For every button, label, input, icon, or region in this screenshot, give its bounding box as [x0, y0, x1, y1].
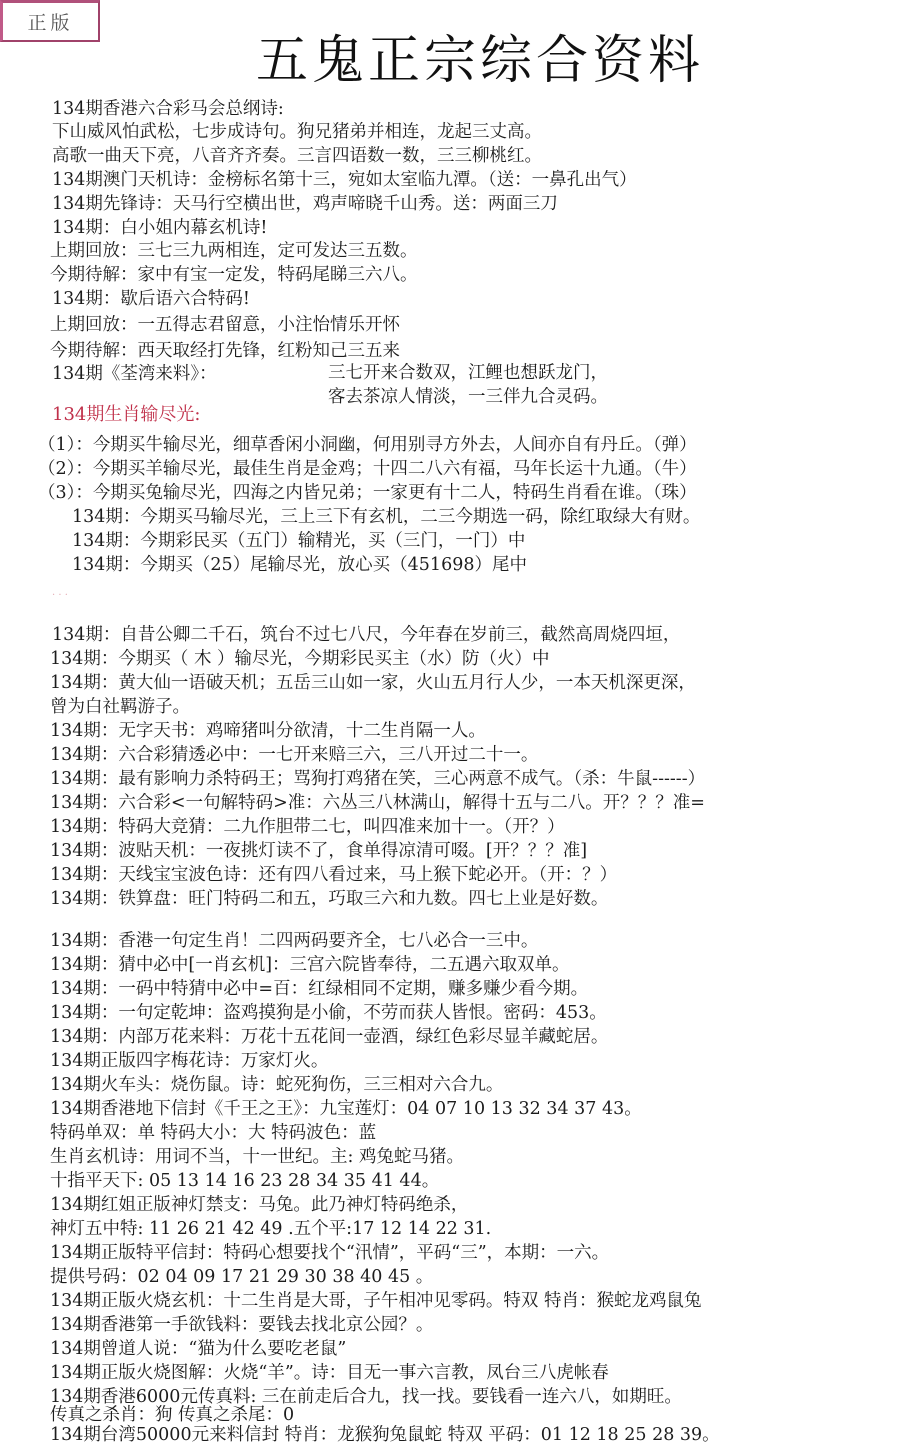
text-line: 134期：自昔公卿二千石，筑台不过七八尺，今年春在岁前三，截然高周烧四垣，: [52, 624, 680, 646]
text-line: 134期：香港一句定生肖！二四两码要齐全，七八必合一三中。: [50, 930, 538, 952]
text-line: 134期：今期买（25）尾输尽光，放心买（451698）尾中: [72, 554, 527, 576]
text-line: 134期正版特平信封：特码心想要找个“汛情”，平码“三”，本期：一六。: [50, 1242, 609, 1264]
text-line: 下山威风怕武松，七步成诗句。狗兄猪弟并相连，龙起三丈高。: [52, 121, 542, 143]
text-line: 134期：今期彩民买（五门）输精光，买（三门，一门）中: [72, 530, 525, 552]
text-line: 134期：白小姐内幕玄机诗!: [52, 217, 267, 239]
text-line: 134期香港地下信封《千王之王》：九宝莲灯：04 07 10 13 32 34 …: [50, 1098, 642, 1120]
text-line: （2）：今期买羊输尽光，最佳生肖是金鸡；十四二八六有福，马年长运十九通。（牛）: [38, 458, 697, 480]
text-line: 高歌一曲天下亮，八音齐齐奏。三言四语数一数，三三柳桃红。: [52, 145, 542, 167]
text-line: 134期：特码大竞猜：二九作胆带二七，叫四准来加十一。（开？）: [50, 816, 565, 838]
text-line: 今期待解：家中有宝一定发，特码尾睇三六八。: [50, 264, 418, 286]
text-line: 134期：无字天书：鸡啼猪叫分欲清，十二生肖隔一人。: [50, 720, 486, 742]
text-line: 生肖玄机诗：用词不当，十一世纪。主: 鸡兔蛇马猪。: [50, 1146, 464, 1168]
text-line: 134期火车头：烧伤鼠。诗：蛇死狗伤，三三相对六合九。: [50, 1074, 503, 1096]
faded-mark: · · ·: [52, 590, 68, 601]
text-line: 134期：铁算盘：旺门特码二和五，巧取三六和九数。四七上业是好数。: [50, 888, 608, 910]
text-line: 134期：六合彩<一句解特码>准：六丛三八林满山，解得十五与二八。开？？？准=: [50, 792, 705, 814]
text-line: 134期：六合彩猜透必中：一七开来赔三六，三八开过二十一。: [50, 744, 538, 766]
text-line: 传真之杀肖：狗 传真之杀尾：0: [50, 1404, 294, 1426]
text-line: 134期：波贴天机：一夜挑灯读不了，食单得凉清可啜。[开？？？准]: [50, 840, 587, 862]
text-line: 134期正版四字梅花诗：万家灯火。: [50, 1050, 328, 1072]
text-line: 134期红姐正版神灯禁支：马兔。此乃神灯特码绝杀，: [50, 1194, 468, 1216]
text-line: 134期：最有影响力杀特码王；骂狗打鸡猪在笑，三心两意不成气。（杀：牛鼠----…: [50, 768, 705, 790]
text-line: 提供号码：02 04 09 17 21 29 30 38 40 45 。: [50, 1266, 433, 1288]
text-line: 134期：内部万花来料：万花十五花间一壶酒，绿红色彩尽显羊藏蛇居。: [50, 1026, 608, 1048]
text-line: 134期香港第一手欲钱料：要钱去找北京公园？。: [50, 1314, 433, 1336]
text-line: 134期：天线宝宝波色诗：还有四八看过来，马上猴下蛇必开。（开：？）: [50, 864, 617, 886]
text-line: 上期回放：三七三九两相连，定可发达三五数。: [50, 240, 418, 262]
quanwan-line: 三七开来合数双，江鲤也想跃龙门，: [328, 362, 608, 384]
quanwan-label: 134期《荃湾来料》：: [52, 363, 217, 385]
text-line: 134期台湾50000元来料信封 特肖：龙猴狗兔鼠蛇 特双 平码：01 12 1…: [50, 1424, 720, 1445]
text-line: 134期：猜中必中[一肖玄机]：三宫六院皆奉待，二五遇六取双单。: [50, 954, 570, 976]
text-line: 神灯五中特: 11 26 21 42 49 .五个平:17 12 14 22 3…: [50, 1218, 491, 1240]
text-line: 今期待解：西天取经打先锋，红粉知己三五来: [50, 340, 400, 362]
text-line: 特码单双：单 特码大小：大 特码波色：蓝: [50, 1122, 376, 1144]
text-line: 134期：一码中特猜中必中=百：红绿相同不定期，赚多赚少看今期。: [50, 978, 588, 1000]
text-line: （3）：今期买兔输尽光，四海之内皆兄弟；一家更有十二人，特码生肖看在谁。（珠）: [38, 482, 697, 504]
text-line: 134期正版火烧玄机：十二生肖是大哥，子午相冲见零码。特双 特肖：猴蛇龙鸡鼠兔: [50, 1290, 701, 1312]
text-line: 134期香港六合彩马会总纲诗:: [52, 98, 284, 120]
text-line: （1）：今期买牛输尽光，细草香闲小洞幽，何用别寻方外去，人间亦自有丹丘。（弹）: [38, 434, 697, 456]
section-heading: 134期生肖输尽光:: [52, 404, 200, 426]
text-line: 134期正版火烧图解：火烧“羊”。诗：目无一事六言教，凤台三八虎帐春: [50, 1362, 609, 1384]
text-line: 十指平天下: 05 13 14 16 23 28 34 35 41 44。: [50, 1170, 439, 1192]
page-title: 五鬼正宗综合资料: [0, 18, 900, 93]
text-line: 曾为白社羁游子。: [50, 696, 190, 718]
quanwan-line: 客去茶凉人情淡，一三伴九合灵码。: [328, 386, 608, 408]
text-line: 134期：黄大仙一语破天机；五岳三山如一家，火山五月行人少，一本天机深更深，: [50, 672, 696, 694]
text-line: 134期：今期买（ 木 ）输尽光，今期彩民买主（水）防（火）中: [50, 648, 550, 670]
text-line: 134期先锋诗：天马行空横出世，鸡声啼晓千山秀。送：两面三刀: [52, 193, 558, 215]
text-line: 134期曾道人说：“猫为什么要吃老鼠”: [50, 1338, 346, 1360]
text-line: 134期：一句定乾坤：盗鸡摸狗是小偷，不劳而获人皆恨。密码：453。: [50, 1002, 607, 1024]
text-line: 上期回放：一五得志君留意，小注怡情乐开怀: [50, 314, 400, 336]
text-line: 134期澳门天机诗：金榜标名第十三，宛如太室临九潭。（送：一鼻孔出气）: [52, 169, 637, 191]
text-line: 134期：歇后语六合特码!: [52, 288, 250, 310]
text-line: 134期：今期买马输尽光，三上三下有玄机，二三今期选一码，除红取绿大有财。: [72, 506, 700, 528]
